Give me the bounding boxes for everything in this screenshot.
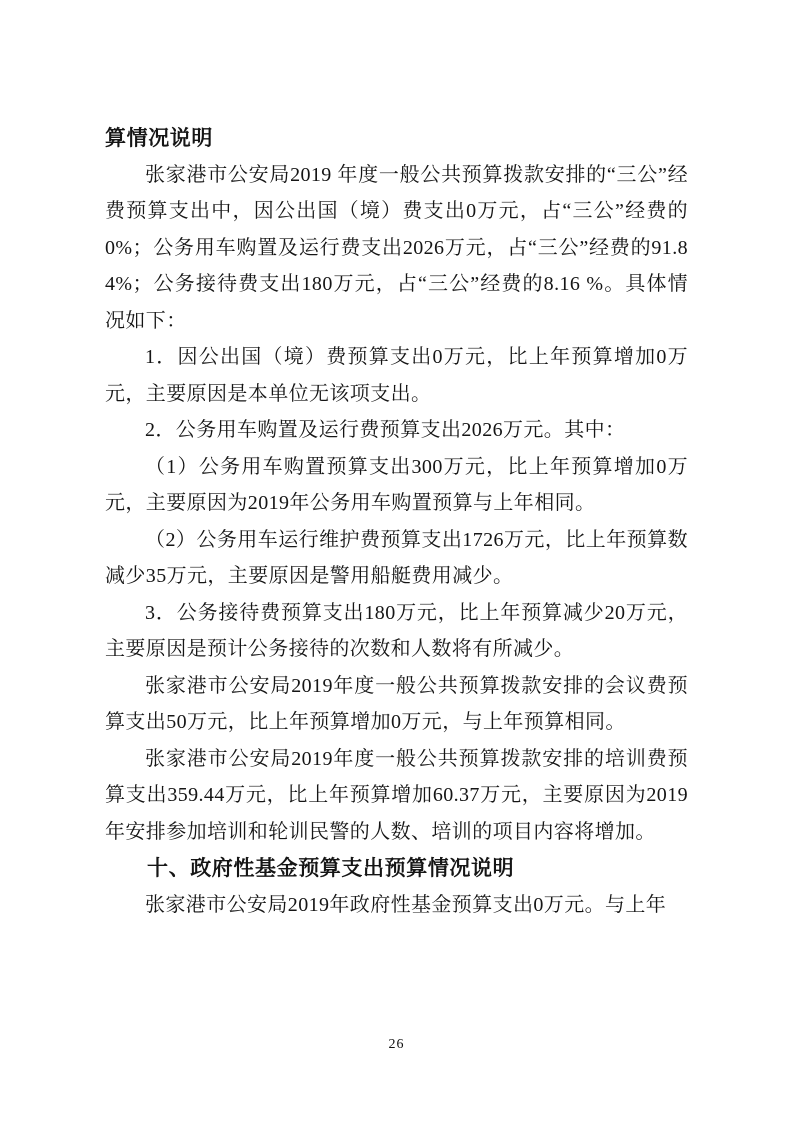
paragraph-government-fund: 张家港市公安局2019年政府性基金预算支出0万元。与上年 — [105, 887, 688, 924]
page-number: 26 — [0, 1037, 793, 1053]
paragraph-vehicle-maintenance: （2）公务用车运行维护费预算支出1726万元，比上年预算数减少35万元，主要原因… — [105, 522, 688, 595]
paragraph-training-expense: 张家港市公安局2019年度一般公共预算拨款安排的培训费预算支出359.44万元，… — [105, 741, 688, 851]
section-heading-government-fund: 十、政府性基金预算支出预算情况说明 — [105, 850, 688, 887]
paragraph-three-public-summary: 张家港市公安局2019 年度一般公共预算拨款安排的“三公”经费预算支出中，因公出… — [105, 157, 688, 340]
document-page: 算情况说明 张家港市公安局2019 年度一般公共预算拨款安排的“三公”经费预算支… — [0, 0, 793, 1122]
document-body: 算情况说明 张家港市公安局2019 年度一般公共预算拨款安排的“三公”经费预算支… — [105, 120, 688, 923]
section-heading-fragment: 算情况说明 — [105, 120, 688, 157]
paragraph-reception-expense: 3．公务接待费预算支出180万元，比上年预算减少20万元，主要原因是预计公务接待… — [105, 595, 688, 668]
paragraph-abroad-expense: 1．因公出国（境）费预算支出0万元，比上年预算增加0万元，主要原因是本单位无该项… — [105, 339, 688, 412]
paragraph-meeting-expense: 张家港市公安局2019年度一般公共预算拨款安排的会议费预算支出50万元，比上年预… — [105, 668, 688, 741]
paragraph-vehicle-total: 2．公务用车购置及运行费预算支出2026万元。其中： — [105, 412, 688, 449]
paragraph-vehicle-purchase: （1）公务用车购置预算支出300万元，比上年预算增加0万元，主要原因为2019年… — [105, 449, 688, 522]
